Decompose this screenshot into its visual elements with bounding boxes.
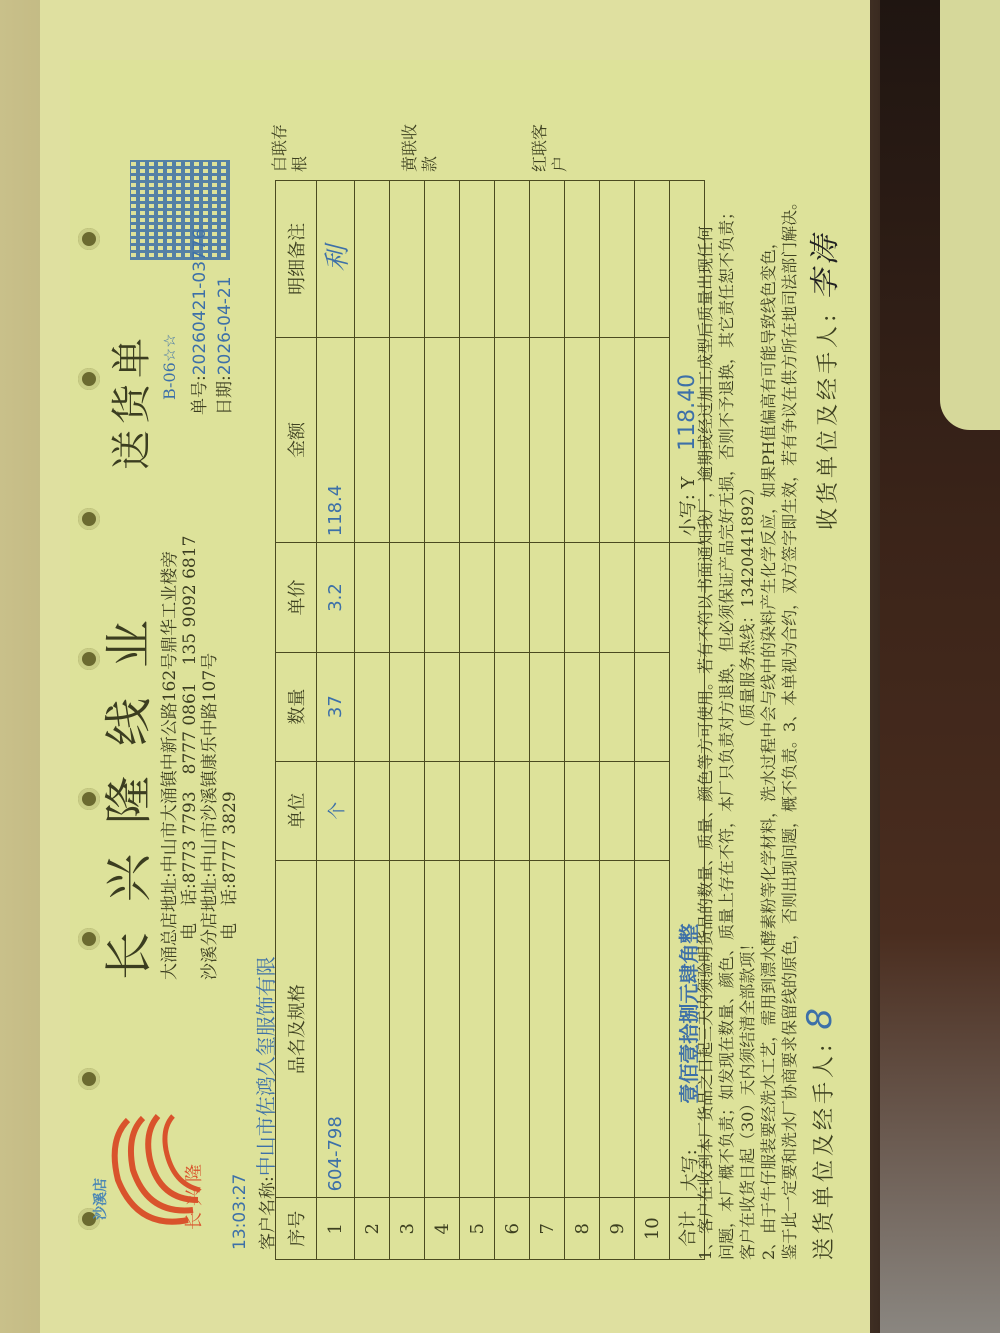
copy-label-red: 红联客户 <box>530 112 570 172</box>
company-name: 长兴隆线业 <box>90 590 159 980</box>
branch-phone: 电 话:8777 3829 <box>220 791 240 940</box>
column-header: 数量 <box>276 652 317 761</box>
table-row: 7 <box>530 181 565 1260</box>
column-header: 金额 <box>276 337 317 543</box>
order-date: 日期:2026-04-21 <box>210 276 235 415</box>
sender-signature: 送货单位及经手人: 8 <box>800 1004 840 1260</box>
copy-label-yellow: 黄联收款 <box>400 112 440 172</box>
logo-store-label: 沙溪店 <box>90 1178 110 1220</box>
column-header: 单价 <box>276 543 317 652</box>
main-store-phone: 电 话:8773 7793 8777 0861 135 9092 6817 <box>180 536 200 940</box>
table-row: 4 <box>425 181 460 1260</box>
items-table: 序号 品名及规格 单位 数量 单价 金额 明细备注 1 604-798 个 37… <box>275 180 705 1260</box>
column-header: 序号 <box>276 1198 317 1260</box>
column-header: 品名及规格 <box>276 860 317 1198</box>
adjacent-delivery-note <box>940 0 1000 430</box>
table-row: 3 <box>390 181 425 1260</box>
table-row: 6 <box>495 181 530 1260</box>
form-code: B-06☆☆ <box>160 333 179 400</box>
table-row: 10 <box>635 181 670 1260</box>
table-row: 5 <box>460 181 495 1260</box>
column-header: 明细备注 <box>276 181 317 338</box>
terms-notes: 1、客户在收到本厂货品之日起三天内须验明货品的数量、质量、颜色等方可使用。若有不… <box>695 110 800 1260</box>
table-row: 9 <box>600 181 635 1260</box>
logo-brand-name: 长兴隆 <box>180 1158 206 1230</box>
main-store-address: 大涌总店地址:中山市大涌镇中新公路162号鼎华工业楼旁 <box>160 551 180 980</box>
copy-labels: 白联存根 黄联收款 红联客户 <box>270 112 660 172</box>
table-row: 8 <box>565 181 600 1260</box>
table-row: 1 604-798 个 37 3.2 118.4 利 <box>317 181 355 1260</box>
print-time: 13:03:27 <box>230 1174 250 1250</box>
qr-code-icon <box>130 160 230 260</box>
branch-address: 沙溪分店地址:中山市沙溪镇康乐中路107号 <box>200 653 220 980</box>
column-header: 单位 <box>276 761 317 860</box>
receiver-signature: 收货单位及经手人: 李涛 <box>800 232 844 530</box>
form-header: 沙溪店 长兴隆 长兴隆线业 送货单 大涌总店地址:中山市大涌镇中新公路162号鼎… <box>70 60 270 1290</box>
table-header-row: 序号 品名及规格 单位 数量 单价 金额 明细备注 <box>276 181 317 1260</box>
copy-label-white: 白联存根 <box>270 112 310 172</box>
table-row: 2 <box>355 181 390 1260</box>
document-type: 送货单 <box>100 332 157 470</box>
delivery-note: 沙溪店 长兴隆 长兴隆线业 送货单 大涌总店地址:中山市大涌镇中新公路162号鼎… <box>70 60 870 1290</box>
